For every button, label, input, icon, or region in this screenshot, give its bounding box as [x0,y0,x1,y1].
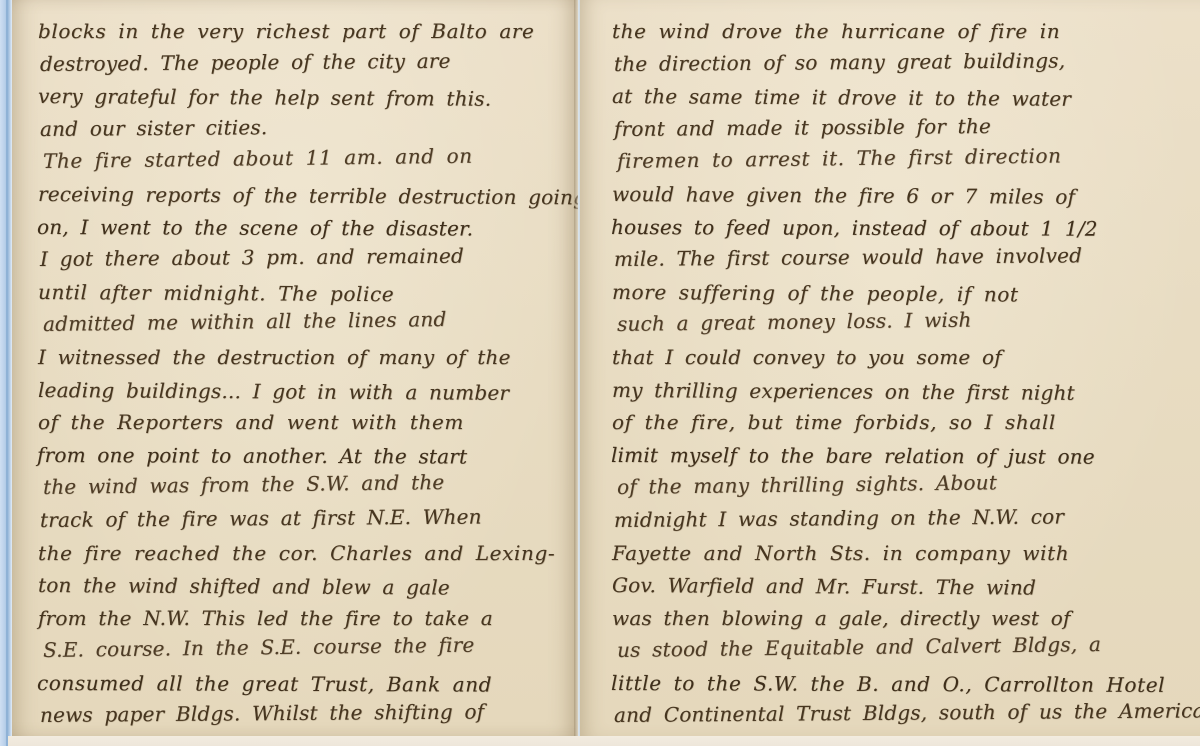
handwritten-line: I witnessed the destruction of many of t… [38,341,568,374]
handwritten-line: destroyed. The people of the city are [40,43,570,80]
handwritten-line: us stood the Equitable and Calvert Bldgs… [617,627,1200,667]
handwritten-line: leading buildings... I got in with a num… [38,374,568,410]
handwritten-line: the direction of so many great buildings… [614,43,1198,80]
handwritten-line: ton the wind shifted and blew a gale [38,569,568,605]
handwritten-line: of the Reporters and went with them [38,406,568,439]
handwritten-line: news paper Bldgs. Whilst the shifting of [40,695,570,732]
handwritten-line: admitted me within all the lines and [43,302,573,341]
scan-left-edge-line [6,0,8,746]
handwritten-line: would have given the fire 6 or 7 miles o… [612,178,1196,214]
handwritten-line: blocks in the very richest part of Balto… [38,15,568,48]
handwritten-line: that I could convey to you some of [612,341,1196,374]
handwritten-line: the wind drove the hurricane of fire in [612,15,1196,48]
handwritten-line: and Continental Trust Bldgs, south of us… [614,695,1198,732]
handwritten-line: midnight I was standing on the N.W. cor [614,499,1198,536]
handwritten-line: mile. The first course would have involv… [614,239,1198,276]
handwritten-line: of the fire, but time forbids, so I shal… [612,406,1196,439]
handwritten-line: such a great money loss. I wish [617,301,1200,341]
letter-page-right: the wind drove the hurricane of fire int… [580,0,1200,736]
handwritten-line: I got there about 3 pm. and remained [40,239,570,276]
handwritten-text-right: the wind drove the hurricane of fire int… [580,15,1200,732]
handwritten-line: Gov. Warfield and Mr. Furst. The wind [612,569,1196,605]
scanned-letter: blocks in the very richest part of Balto… [0,0,1200,746]
handwritten-line: track of the fire was at first N.E. When [40,500,570,537]
handwritten-line: receiving reports of the terrible destru… [38,178,568,214]
handwritten-text-left: blocks in the very richest part of Balto… [12,15,578,732]
handwritten-line: the fire reached the cor. Charles and Le… [38,537,568,570]
handwritten-line: of the many thrilling sights. About [617,464,1200,504]
handwritten-line: Fayette and North Sts. in company with [612,537,1196,570]
letter-page-left: blocks in the very richest part of Balto… [12,0,578,736]
handwritten-line: the wind was from the S.W. and the [43,465,573,504]
handwritten-line: The fire started about 11 am. and on [43,139,573,178]
handwritten-line: S.E. course. In the S.E. course the fire [43,628,573,667]
scan-bottom-edge [8,736,1200,746]
handwritten-line: firemen to arrest it. The first directio… [617,138,1200,178]
handwritten-line: my thrilling experiences on the first ni… [612,374,1196,410]
